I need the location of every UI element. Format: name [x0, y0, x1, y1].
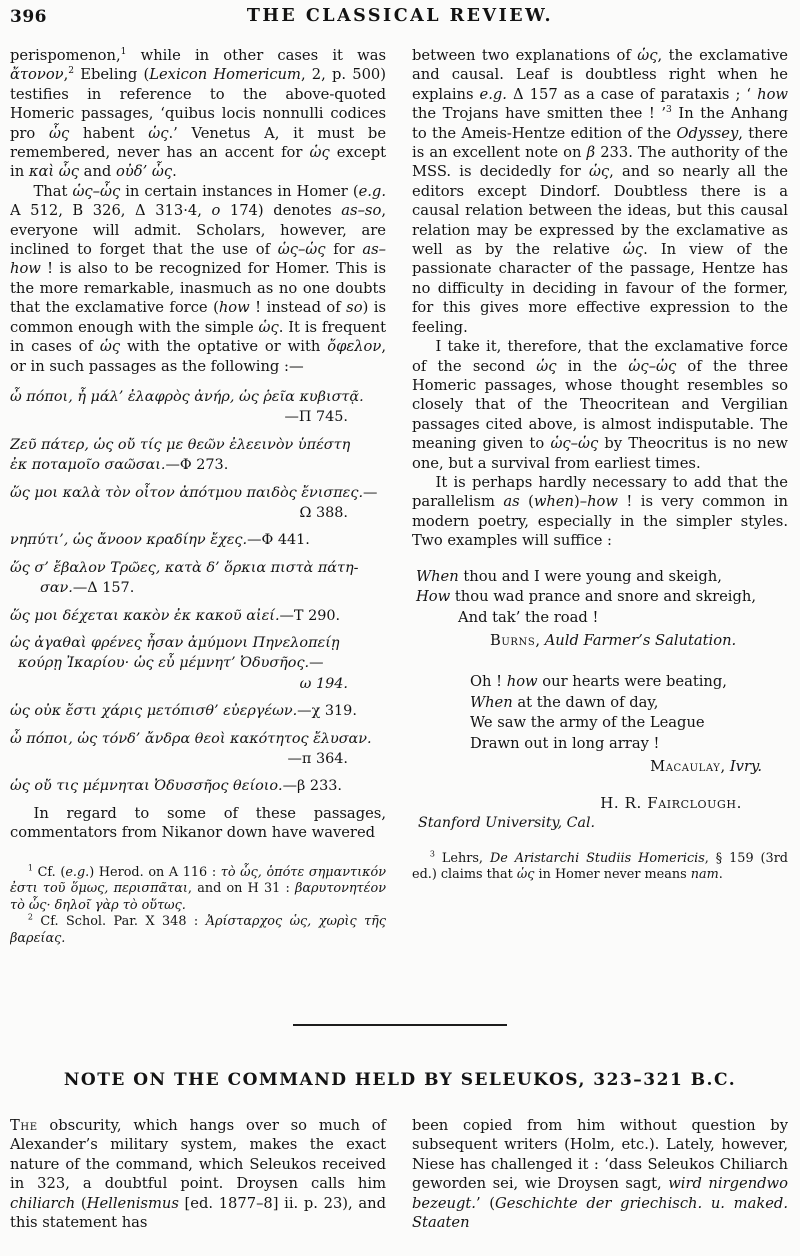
- greek-quote: Ζεῦ πάτερ, ὡς οὔ τίς με θεῶν ἐλεεινὸν ὑπ…: [10, 435, 386, 476]
- greek-quote: ὡς οὔ τις μέμνηται Ὀδυσσῆος θείοιο.—β 23…: [10, 776, 386, 796]
- poem-line: How thou wad prance and snore and skreig…: [416, 587, 788, 608]
- quote-line: ἐκ ποταμοῖο σαῶσαι.—Φ 273.: [10, 455, 386, 475]
- greek-quote: ὡς οὐκ ἔστι χάρις μετόπισθ’ εὐεργέων.—χ …: [10, 701, 386, 721]
- poem-attribution: Macaulay, Ivry.: [470, 757, 788, 778]
- body-paragraph: It is perhaps hardly necessary to add th…: [412, 473, 788, 551]
- left-column: The obscurity, which hangs over so much …: [10, 1116, 386, 1232]
- quote-line: ὦ πόποι, ὡς τόνδ’ ἄνδρα θεοὶ κακότητος ἔ…: [10, 729, 386, 749]
- quote-line: κούρῃ Ἰκαρίου· ὡς εὖ μέμνητ’ Ὀδυσῆος.—: [10, 653, 386, 673]
- quote-line: ὦ πόποι, ἦ μάλ’ ἐλαφρὸς ἀνήρ, ὡς ῥεῖα κυ…: [10, 387, 386, 407]
- quote-attribution: —π 364.: [10, 749, 386, 769]
- author-affiliation: Stanford University, Cal.: [418, 815, 788, 831]
- footnote-3: 3 Lehrs, De Aristarchi Studiis Homericis…: [412, 851, 788, 884]
- quote-line: ὡς οὔ τις μέμνηται Ὀδυσσῆος θείοιο.—β 23…: [10, 776, 386, 796]
- poem-line: And tak’ the road !: [458, 608, 788, 629]
- left-column: perispomenon,1 while in other cases it w…: [10, 46, 386, 996]
- poem-line: Oh ! how our hearts were beating,: [470, 672, 788, 693]
- greek-quote: ὦ πόποι, ἦ μάλ’ ἐλαφρὸς ἀνήρ, ὡς ῥεῖα κυ…: [10, 387, 386, 428]
- page-number: 396: [10, 7, 47, 27]
- quote-line: ὡς ἀγαθαὶ φρένες ἦσαν ἀμύμονι Πηνελοπείῃ: [10, 633, 386, 653]
- footnote-1: 1 Cf. (e.g.) Herod. on A 116 : τὸ ὧς, ὁπ…: [10, 865, 386, 915]
- footnotes-left: 1 Cf. (e.g.) Herod. on A 116 : τὸ ὧς, ὁπ…: [10, 865, 386, 948]
- section-divider: [293, 1024, 507, 1026]
- quote-line: σαν.—Δ 157.: [10, 578, 386, 598]
- journal-title: THE CLASSICAL REVIEW.: [10, 6, 790, 26]
- body-paragraph: In regard to some of these passages, com…: [10, 804, 386, 843]
- greek-quote: ὥς σ’ ἔβαλον Τρῶες, κατὰ δ’ ὅρκια πιστὰ …: [10, 558, 386, 599]
- quote-line: ὥς μοι δέχεται κακὸν ἐκ κακοῦ αἰεί.—Τ 29…: [10, 606, 386, 626]
- journal-page: 396 THE CLASSICAL REVIEW. perispomenon,1…: [0, 0, 800, 1232]
- greek-quote: ὦ πόποι, ὡς τόνδ’ ἄνδρα θεοὶ κακότητος ἔ…: [10, 729, 386, 770]
- quote-line: ὡς οὐκ ἔστι χάρις μετόπισθ’ εὐεργέων.—χ …: [10, 701, 386, 721]
- right-column: been copied from him without question by…: [412, 1116, 788, 1232]
- right-column: between two explanations of ὡς, the excl…: [412, 46, 788, 996]
- quote-line: Ζεῦ πάτερ, ὡς οὔ τίς με θεῶν ἐλεεινὸν ὑπ…: [10, 435, 386, 455]
- greek-quotations: ὦ πόποι, ἦ μάλ’ ἐλαφρὸς ἀνήρ, ὡς ῥεῖα κυ…: [10, 387, 386, 797]
- poem-line: When at the dawn of day,: [470, 693, 788, 714]
- article-seleukos: The obscurity, which hangs over so much …: [10, 1116, 790, 1232]
- body-paragraph: been copied from him without question by…: [412, 1116, 788, 1232]
- greek-quote: ὥς μοι δέχεται κακὸν ἐκ κακοῦ αἰεί.—Τ 29…: [10, 606, 386, 626]
- quote-attribution: —Π 745.: [10, 407, 386, 427]
- greek-quote: νηπύτι’, ὡς ἄνοον κραδίην ἔχες.—Φ 441.: [10, 530, 386, 550]
- poem-burns: When thou and I were young and skeigh, H…: [416, 567, 788, 652]
- quote-attribution: Ω 388.: [10, 503, 386, 523]
- quote-attribution: ω 194.: [10, 674, 386, 694]
- poem-macaulay: Oh ! how our hearts were beating, When a…: [470, 672, 788, 778]
- poem-line: When thou and I were young and skeigh,: [416, 567, 788, 588]
- body-paragraph: perispomenon,1 while in other cases it w…: [10, 46, 386, 182]
- body-paragraph: between two explanations of ὡς, the excl…: [412, 46, 788, 337]
- page-header: 396 THE CLASSICAL REVIEW.: [10, 6, 790, 34]
- poem-line: We saw the army of the League: [470, 713, 788, 734]
- poem-attribution: Burns, Auld Farmer’s Salutation.: [490, 631, 788, 652]
- poem-line: Drawn out in long array !: [470, 734, 788, 755]
- author-signature: H. R. Fairclough.: [412, 794, 788, 812]
- quote-line: ὥς μοι καλὰ τὸν οἶτον ἀπότμου παιδὸς ἔνι…: [10, 483, 386, 503]
- footnote-2: 2 Cf. Schol. Par. X 348 : Ἀρίσταρχος ὡς,…: [10, 914, 386, 947]
- body-paragraph: That ὡς–ὧς in certain instances in Homer…: [10, 182, 386, 376]
- greek-quote: ὥς μοι καλὰ τὸν οἶτον ἀπότμου παιδὸς ἔνι…: [10, 483, 386, 524]
- greek-quote: ὡς ἀγαθαὶ φρένες ἦσαν ἀμύμονι Πηνελοπείῃ…: [10, 633, 386, 694]
- body-paragraph: The obscurity, which hangs over so much …: [10, 1116, 386, 1232]
- article-heading: NOTE ON THE COMMAND HELD BY SELEUKOS, 32…: [10, 1070, 790, 1090]
- body-paragraph: I take it, therefore, that the exclamati…: [412, 337, 788, 473]
- quote-line: νηπύτι’, ὡς ἄνοον κραδίην ἔχες.—Φ 441.: [10, 530, 386, 550]
- quote-line: ὥς σ’ ἔβαλον Τρῶες, κατὰ δ’ ὅρκια πιστὰ …: [10, 558, 386, 578]
- article-fairclough: perispomenon,1 while in other cases it w…: [10, 46, 790, 996]
